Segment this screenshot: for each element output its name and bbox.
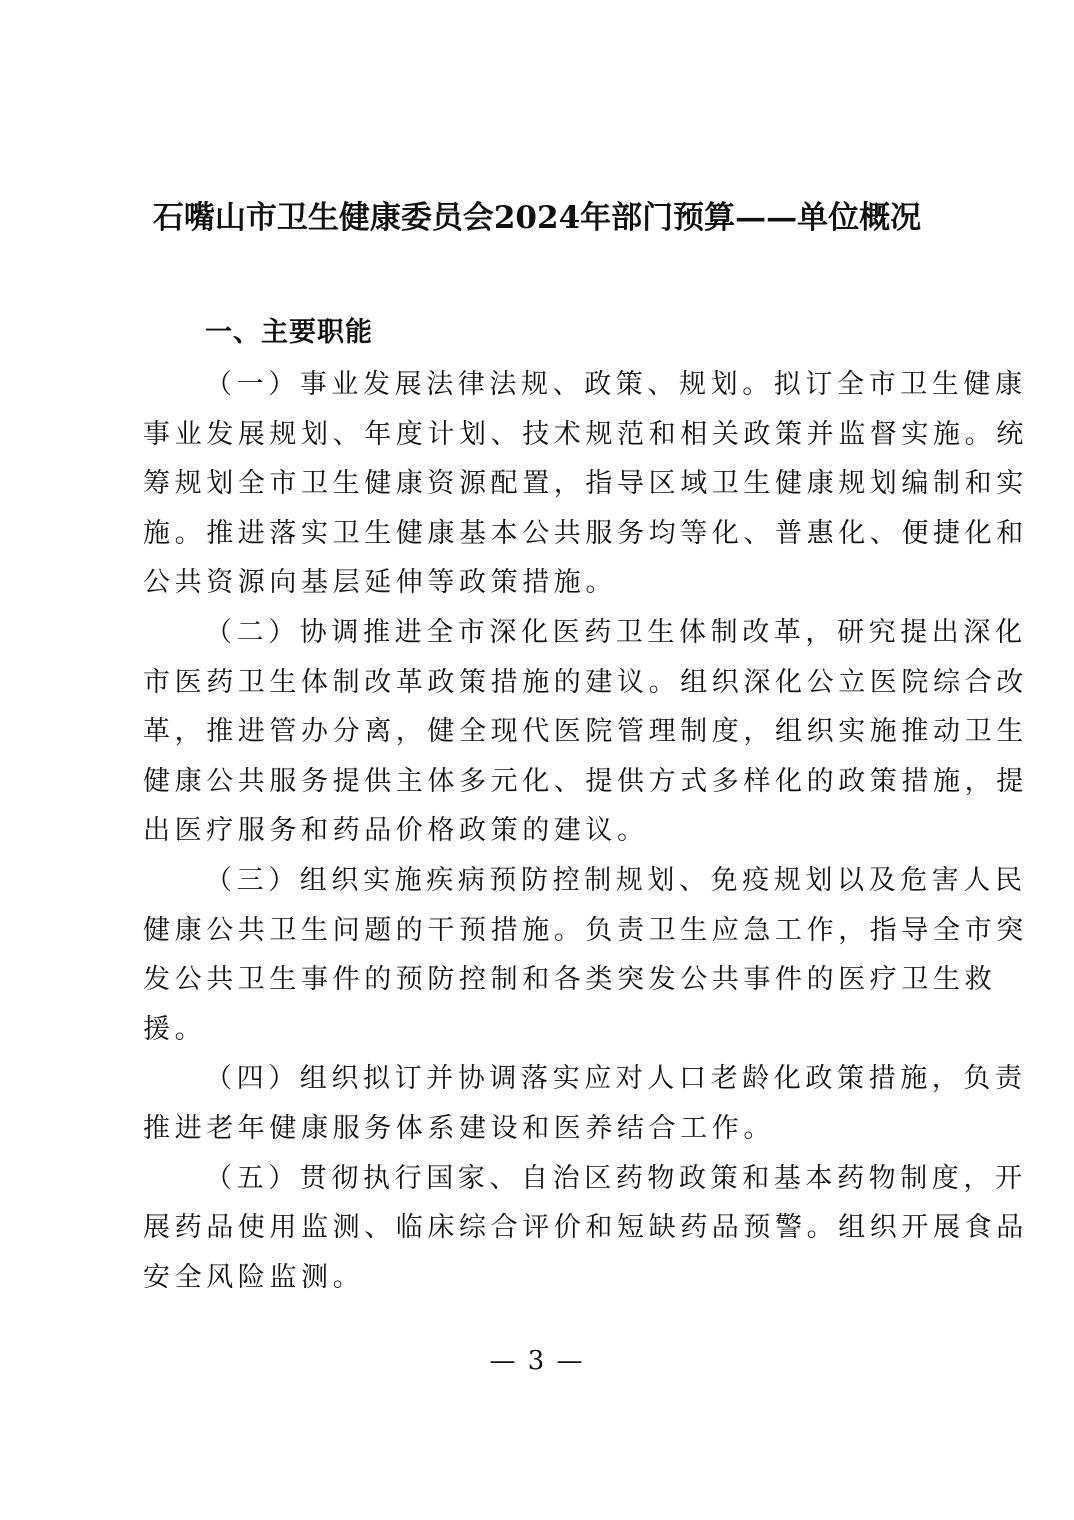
paragraph-line: 推进老年健康服务体系建设和医养结合工作。: [143, 1104, 943, 1154]
section-heading: 一、主要职能: [143, 311, 943, 355]
paragraph-2: （二）协调推进全市深化医药卫生体制改革，研究提出深化 市医药卫生体制改革政策措施…: [143, 608, 943, 856]
paragraph-4: （四）组织拟订并协调落实应对人口老龄化政策措施，负责 推进老年健康服务体系建设和…: [143, 1054, 943, 1153]
paragraph-line: 发公共卫生事件的预防控制和各类突发公共事件的医疗卫生救: [143, 955, 943, 1005]
paragraph-line: 市医药卫生体制改革政策措施的建议。组织深化公立医院综合改: [143, 658, 943, 708]
paragraph-line: 公共资源向基层延伸等政策措施。: [143, 558, 943, 608]
paragraph-5: （五）贯彻执行国家、自治区药物政策和基本药物制度，开 展药品使用监测、临床综合评…: [143, 1154, 943, 1303]
paragraph-1: （一）事业发展法律法规、政策、规划。拟订全市卫生健康 事业发展规划、年度计划、技…: [143, 360, 943, 608]
document-page: 石嘴山市卫生健康委员会2024年部门预算——单位概况 一、主要职能 （一）事业发…: [0, 0, 1074, 1520]
paragraph-line: 筹规划全市卫生健康资源配置，指导区域卫生健康规划编制和实: [143, 459, 943, 509]
paragraph-line: 出医疗服务和药品价格政策的建议。: [143, 806, 943, 856]
page-number: — 3 —: [0, 1344, 1074, 1378]
paragraph-line: （五）贯彻执行国家、自治区药物政策和基本药物制度，开: [143, 1154, 943, 1204]
paragraph-line: 展药品使用监测、临床综合评价和短缺药品预警。组织开展食品: [143, 1203, 943, 1253]
paragraph-line: 安全风险监测。: [143, 1253, 943, 1303]
document-title: 石嘴山市卫生健康委员会2024年部门预算——单位概况: [0, 196, 1074, 240]
paragraph-line: 事业发展规划、年度计划、技术规范和相关政策并监督实施。统: [143, 410, 943, 460]
paragraph-line: 健康公共服务提供主体多元化、提供方式多样化的政策措施，提: [143, 757, 943, 807]
paragraph-line: 施。推进落实卫生健康基本公共服务均等化、普惠化、便捷化和: [143, 509, 943, 559]
paragraph-line: （二）协调推进全市深化医药卫生体制改革，研究提出深化: [143, 608, 943, 658]
paragraph-line: 援。: [143, 1005, 943, 1055]
paragraph-line: （四）组织拟订并协调落实应对人口老龄化政策措施，负责: [143, 1054, 943, 1104]
paragraph-line: （一）事业发展法律法规、政策、规划。拟订全市卫生健康: [143, 360, 943, 410]
paragraph-3: （三）组织实施疾病预防控制规划、免疫规划以及危害人民 健康公共卫生问题的干预措施…: [143, 856, 943, 1054]
paragraph-line: 健康公共卫生问题的干预措施。负责卫生应急工作，指导全市突: [143, 906, 943, 956]
paragraph-line: （三）组织实施疾病预防控制规划、免疫规划以及危害人民: [143, 856, 943, 906]
document-body: 一、主要职能 （一）事业发展法律法规、政策、规划。拟订全市卫生健康 事业发展规划…: [143, 311, 943, 1302]
paragraph-line: 革，推进管办分离，健全现代医院管理制度，组织实施推动卫生: [143, 707, 943, 757]
